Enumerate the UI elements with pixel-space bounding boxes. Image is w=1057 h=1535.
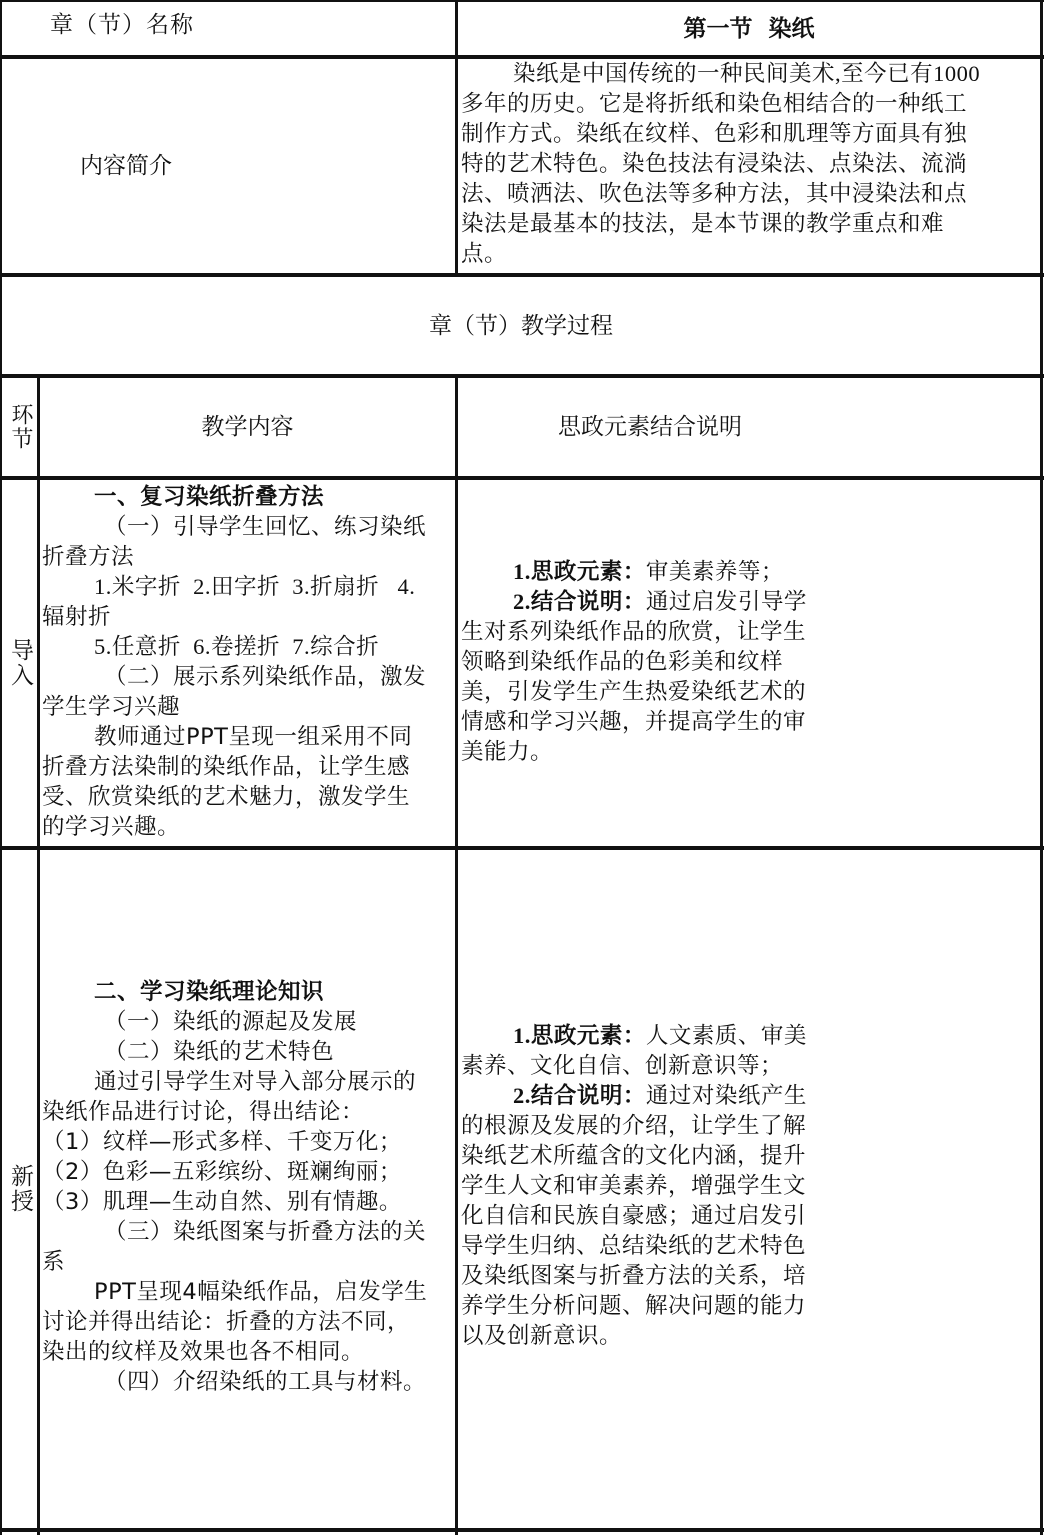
ideology-line: 以及创新意识。	[461, 1321, 851, 1351]
ideology-element: 1.思政元素：人文素质、审美	[461, 1021, 851, 1051]
content-line: 教师通过PPT呈现一组采用不同	[42, 722, 452, 752]
border-right	[1040, 0, 1043, 1535]
content-line: 染出的纹样及效果也各不相同。	[42, 1337, 452, 1367]
new-ideology: 1.思政元素：人文素质、审美 素养、文化自信、创新意识等； 2.结合说明：通过对…	[461, 1021, 851, 1351]
column-header-stage: 环节	[4, 378, 36, 476]
content-line: （一）引导学生回忆、练习染纸	[42, 512, 452, 542]
column-header-stage-text: 环节	[5, 403, 35, 451]
summary-line: 制作方式。染纸在纹样、色彩和肌理等方面具有独	[461, 119, 1037, 149]
content-line: 辐射折	[42, 602, 452, 632]
process-title: 章（节）教学过程	[2, 277, 1040, 374]
ideology-line: 化自信和民族自豪感；通过启发引	[461, 1201, 851, 1231]
content-line: 系	[42, 1247, 452, 1277]
chapter-title: 第一节 染纸	[683, 14, 814, 44]
intro-content: 一、复习染纸折叠方法 （一）引导学生回忆、练习染纸 折叠方法 1.米字折 2.田…	[42, 482, 452, 842]
column-header-ideology: 思政元素结合说明	[458, 378, 1040, 476]
content-line: 折叠方法	[42, 542, 452, 572]
ideology-element: 1.思政元素：审美素养等；	[461, 557, 851, 587]
content-line: 学生学习兴趣	[42, 692, 452, 722]
ideology-line: 学生人文和审美素养，增强学生文	[461, 1171, 851, 1201]
summary-label: 内容简介	[2, 59, 250, 273]
border-stage	[37, 374, 40, 1535]
border-row6	[0, 1528, 1044, 1532]
ideology-element-value: 人文素质、审美	[646, 1023, 807, 1049]
content-line: 1.米字折 2.田字折 3.折扇折 4.	[42, 572, 452, 602]
ideology-line: 养学生分析问题、解决问题的能力	[461, 1291, 851, 1321]
ideology-element-label: 1.思政元素：	[513, 1023, 646, 1048]
content-line: 染纸作品进行讨论，得出结论：	[42, 1097, 452, 1127]
ideology-line: 导学生归纳、总结染纸的艺术特色	[461, 1231, 851, 1261]
ideology-line: 领略到染纸作品的色彩美和纹样	[461, 647, 851, 677]
summary-line: 染纸是中国传统的一种民间美术,至今已有1000	[461, 59, 1037, 89]
ideology-line: 情感和学习兴趣，并提高学生的审	[461, 707, 851, 737]
chapter-name-value: 第一节 染纸	[458, 3, 1040, 55]
column-header-content-text: 教学内容	[202, 412, 294, 442]
content-line: （2）色彩—五彩缤纷、斑斓绚丽；	[42, 1157, 452, 1187]
content-line: （三）染纸图案与折叠方法的关	[42, 1217, 452, 1247]
process-title-text: 章（节）教学过程	[429, 311, 613, 341]
content-line: （二）展示系列染纸作品，激发	[42, 662, 452, 692]
summary-label-text: 内容简介	[80, 151, 172, 181]
summary-line: 多年的历史。它是将折纸和染色相结合的一种纸工	[461, 89, 1037, 119]
content-line: 讨论并得出结论：折叠的方法不同，	[42, 1307, 452, 1337]
ideology-line: 素养、文化自信、创新意识等；	[461, 1051, 851, 1081]
summary-line: 染法是最基本的技法，是本节课的教学重点和难	[461, 209, 1037, 239]
ideology-line: 的根源及发展的介绍，让学生了解	[461, 1111, 851, 1141]
summary-line: 特的艺术特色。染色技法有浸染法、点染法、流淌	[461, 149, 1037, 179]
ideology-explain-label: 2.结合说明：	[513, 589, 646, 614]
summary-text: 染纸是中国传统的一种民间美术,至今已有1000 多年的历史。它是将折纸和染色相结…	[461, 59, 1037, 269]
border-row4	[0, 476, 1044, 480]
ideology-line: 美，引发学生产生热爱染纸艺术的	[461, 677, 851, 707]
stage-new-text: 新授	[5, 1164, 35, 1214]
stage-intro-text: 导入	[5, 638, 35, 688]
content-line: （3）肌理—生动自然、别有情趣。	[42, 1187, 452, 1217]
content-line: 5.任意折 6.卷搓折 7.综合折	[42, 632, 452, 662]
ideology-line: 生对系列染纸作品的欣赏，让学生	[461, 617, 851, 647]
ideology-explain-first: 通过对染纸产生	[646, 1083, 807, 1109]
content-line: 受、欣赏染纸的艺术魅力，激发学生	[42, 782, 452, 812]
content-line: （一）染纸的源起及发展	[42, 1007, 452, 1037]
ideology-explain: 2.结合说明：通过对染纸产生	[461, 1081, 851, 1111]
chapter-name-label: 章（节）名称	[50, 10, 450, 46]
column-header-content: 教学内容	[40, 378, 455, 476]
content-line: PPT呈现4幅染纸作品，启发学生	[42, 1277, 452, 1307]
content-line: 的学习兴趣。	[42, 812, 452, 842]
ideology-line: 染纸艺术所蕴含的文化内涵，提升	[461, 1141, 851, 1171]
summary-line: 点。	[461, 239, 1037, 269]
stage-intro: 导入	[4, 480, 36, 846]
border-top	[0, 0, 1044, 2]
summary-line: 法、喷洒法、吹色法等多种方法，其中浸染法和点	[461, 179, 1037, 209]
border-row5	[0, 846, 1044, 850]
border-mid-lower	[455, 374, 458, 1535]
ideology-line: 及染纸图案与折叠方法的关系，培	[461, 1261, 851, 1291]
ideology-element-value: 审美素养等；	[646, 559, 784, 585]
content-line: （四）介绍染纸的工具与材料。	[42, 1367, 452, 1397]
content-line: 通过引导学生对导入部分展示的	[42, 1067, 452, 1097]
content-heading: 一、复习染纸折叠方法	[42, 482, 452, 512]
content-line: 折叠方法染制的染纸作品，让学生感	[42, 752, 452, 782]
chapter-name-label-text: 章（节）名称	[50, 12, 194, 38]
ideology-explain-label: 2.结合说明：	[513, 1083, 646, 1108]
column-header-ideology-text: 思政元素结合说明	[558, 412, 742, 442]
content-line: （1）纹样—形式多样、千变万化；	[42, 1127, 452, 1157]
content-heading: 二、学习染纸理论知识	[42, 977, 452, 1007]
ideology-line: 美能力。	[461, 737, 851, 767]
content-line: （二）染纸的艺术特色	[42, 1037, 452, 1067]
lesson-plan-table: 章（节）名称 第一节 染纸 内容简介 染纸是中国传统的一种民间美术,至今已有10…	[0, 0, 1057, 1535]
new-content: 二、学习染纸理论知识 （一）染纸的源起及发展 （二）染纸的艺术特色 通过引导学生…	[42, 977, 452, 1397]
ideology-explain: 2.结合说明：通过启发引导学	[461, 587, 851, 617]
ideology-explain-first: 通过启发引导学	[646, 589, 807, 615]
intro-ideology: 1.思政元素：审美素养等； 2.结合说明：通过启发引导学 生对系列染纸作品的欣赏…	[461, 557, 851, 767]
stage-new: 新授	[4, 850, 36, 1528]
ideology-element-label: 1.思政元素：	[513, 559, 646, 584]
